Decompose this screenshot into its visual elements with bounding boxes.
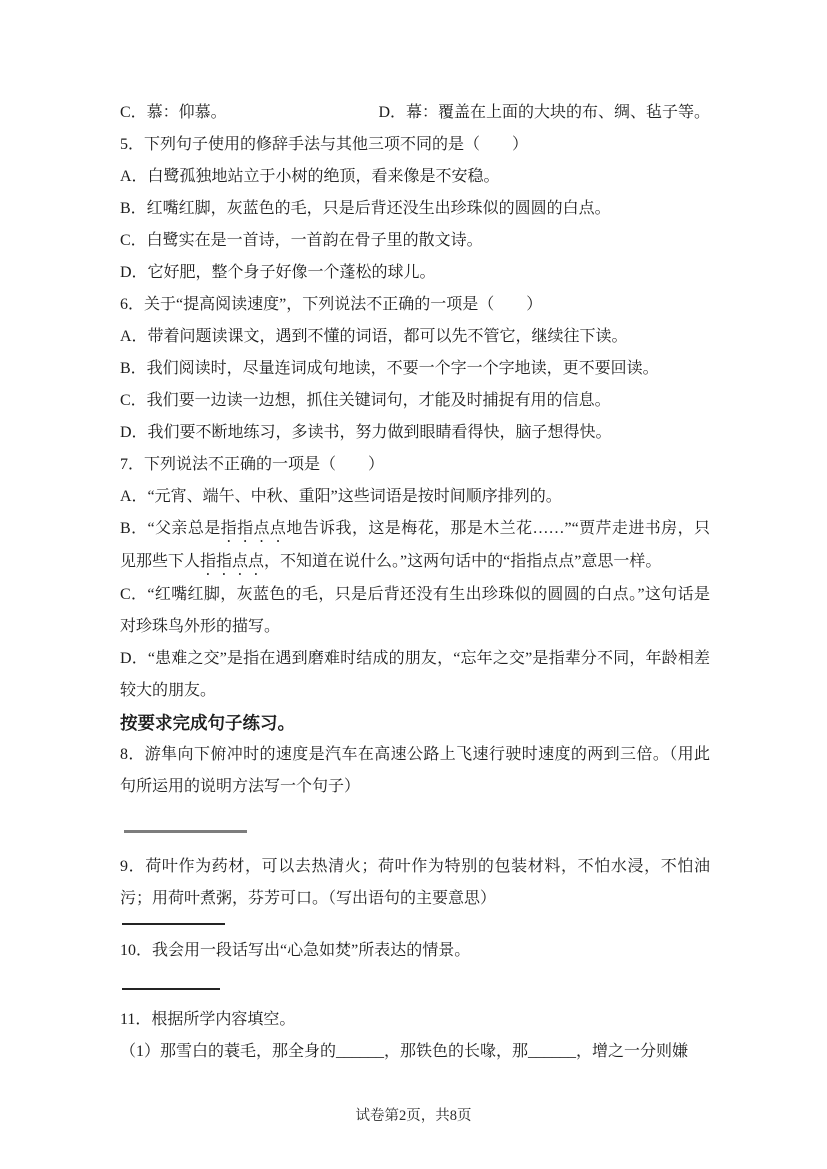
q9-text: 9．荷叶作为药材，可以去热清火；荷叶作为特别的包装材料，不怕水浸，不怕油污；用荷… — [120, 851, 710, 915]
q6-stem: 6．关于“提高阅读速度”，下列说法不正确的一项是（ ） — [120, 289, 710, 321]
answer-blank-q10 — [122, 988, 220, 990]
q7-option-b: B．“父亲总是指指点点地告诉我，这是梅花，那是木兰花……”“贾芹走进书房，只见那… — [120, 513, 710, 579]
q7-option-a: A．“元宵、端午、中秋、重阳”这些词语是按时间顺序排列的。 — [120, 481, 710, 513]
q8-text: 8．游隼向下俯冲时的速度是汽车在高速公路上飞速行驶时速度的两到三倍。（用此句所运… — [120, 739, 710, 803]
q5-option-b: B．红嘴红脚，灰蓝色的毛，只是后背还没生出珍珠似的圆圆的白点。 — [120, 193, 710, 225]
q6-option-d: D．我们要不断地练习，多读书，努力做到眼睛看得快，脑子想得快。 — [120, 417, 710, 449]
q7-b-emphasized-2: 指指点点 — [200, 553, 264, 570]
q10-text: 10．我会用一段话写出“心急如焚”所表达的情景。 — [120, 935, 710, 967]
section-heading: 按要求完成句子练习。 — [120, 707, 710, 739]
q7-stem: 7．下列说法不正确的一项是（ ） — [120, 449, 710, 481]
answer-blank-q8 — [124, 830, 247, 833]
q5-stem: 5．下列句子使用的修辞手法与其他三项不同的是（ ） — [120, 129, 710, 161]
q6-option-c: C．我们要一边读一边想，抓住关键词句，才能及时捕捉有用的信息。 — [120, 385, 710, 417]
q7-option-d: D．“患难之交”是指在遇到磨难时结成的朋友，“忘年之交”是指辈分不同，年龄相差较… — [120, 643, 710, 707]
q4-option-d: D．幕：覆盖在上面的大块的布、绸、毡子等。 — [378, 97, 710, 129]
q5-option-d: D．它好肥，整个身子好像一个蓬松的球儿。 — [120, 257, 710, 289]
exam-content: C．慕：仰慕。 D．幕：覆盖在上面的大块的布、绸、毡子等。 5．下列句子使用的修… — [120, 97, 710, 1068]
q7-b-emphasized-1: 指指点点 — [221, 520, 287, 537]
q4-options-row: C．慕：仰慕。 D．幕：覆盖在上面的大块的布、绸、毡子等。 — [120, 97, 710, 129]
q4-option-c: C．慕：仰慕。 — [120, 97, 227, 129]
q11-item-1: （1）那雪白的蓑毛，那全身的______，那铁色的长喙，那______，增之一分… — [120, 1036, 710, 1068]
page-footer: 试卷第2页，共8页 — [0, 1104, 827, 1125]
exam-page: C．慕：仰慕。 D．幕：覆盖在上面的大块的布、绸、毡子等。 5．下列句子使用的修… — [0, 0, 827, 1169]
q6-option-b: B．我们阅读时，尽量连词成句地读，不要一个字一个字地读，更不要回读。 — [120, 353, 710, 385]
q6-option-a: A．带着问题读课文，遇到不懂的词语，都可以先不管它，继续往下读。 — [120, 321, 710, 353]
q5-option-a: A．白鹭孤独地站立于小树的绝顶，看来像是不安稳。 — [120, 161, 710, 193]
q7-b-text-1: B．“父亲总是 — [120, 520, 221, 537]
q7-option-c: C．“红嘴红脚，灰蓝色的毛，只是后背还没有生出珍珠似的圆圆的白点。”这句话是对珍… — [120, 579, 710, 643]
q5-option-c: C．白鹭实在是一首诗，一首韵在骨子里的散文诗。 — [120, 225, 710, 257]
answer-blank-q9 — [122, 923, 225, 925]
q11-stem: 11．根据所学内容填空。 — [120, 1004, 710, 1036]
q7-b-text-3: ，不知道在说什么。”这两句话中的“指指点点”意思一样。 — [264, 553, 661, 570]
